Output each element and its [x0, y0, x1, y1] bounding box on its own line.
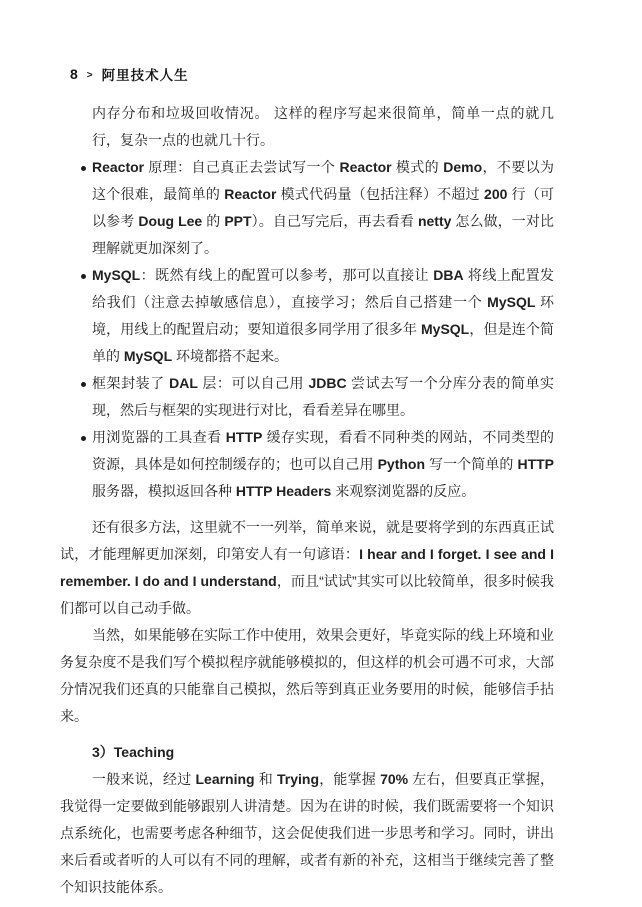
page-body: 内存分布和垃圾回收情况。 这样的程序写起来很简单，简单一点的就几行，复杂一点的也… [60, 100, 554, 901]
emphasized-text-run: Doug Lee [138, 213, 202, 229]
emphasized-text-run: netty [418, 213, 451, 229]
text-run: ：既然有线上的配置可以参考，那可以直接让 [140, 267, 433, 283]
text-run: 的 [202, 213, 224, 229]
text-run: 服务器，模拟返回各种 [92, 483, 236, 499]
text-run: 用浏览器的工具查看 [92, 429, 226, 445]
text-run: 左右，但要真正掌握，我觉得一定要做到能够跟别人讲清楚。因为在讲的时候，我们既需要… [60, 771, 554, 895]
emphasized-text-run: MySQL [487, 294, 535, 310]
text-run: 框架封装了 [92, 375, 169, 391]
emphasized-text-run: Reactor [224, 186, 276, 202]
emphasized-text-run: 70% [380, 771, 408, 787]
bullet-item-dal: 框架封装了 DAL 层：可以自己用 JDBC 尝试去写一个分库分表的简单实现，然… [60, 370, 554, 424]
emphasized-text-run: 200 [484, 186, 507, 202]
emphasized-text-run: HTTP [517, 456, 554, 472]
emphasized-text-run: Trying [277, 771, 319, 787]
emphasized-text-run: MySQL [124, 348, 172, 364]
chevron-right-icon: > [87, 70, 93, 81]
emphasized-text-run: Learning [195, 771, 254, 787]
emphasized-text-run: DAL [169, 375, 198, 391]
emphasized-text-run: Reactor [339, 159, 391, 175]
text-run: 内存分布和垃圾回收情况。 这样的程序写起来很简单，简单一点的就几行，复杂一点的也… [92, 105, 554, 148]
paragraph-real-work: 当然，如果能够在实际工作中使用，效果会更好，毕竟实际的线上环境和业务复杂度不是我… [60, 622, 554, 730]
emphasized-text-run: DBA [433, 267, 463, 283]
emphasized-text-run: Reactor [92, 159, 144, 175]
bullet-icon [81, 274, 86, 279]
section-heading-teaching: 3）Teaching [92, 739, 554, 766]
text-run: 一般来说，经过 [92, 771, 195, 787]
text-run: 模式的 [392, 159, 444, 175]
emphasized-text-run: PPT [224, 213, 251, 229]
bullet-icon [81, 436, 86, 441]
text-run: 模式代码量（包括注释）不超过 [276, 186, 484, 202]
document-page: 8 > 阿里技术人生 内存分布和垃圾回收情况。 这样的程序写起来很简单，简单一点… [0, 0, 642, 907]
continuation-paragraph: 内存分布和垃圾回收情况。 这样的程序写起来很简单，简单一点的就几行，复杂一点的也… [92, 100, 554, 154]
bullet-item-reactor: Reactor 原理：自己真正去尝试写一个 Reactor 模式的 Demo，不… [60, 154, 554, 262]
text-run: 层：可以自己用 [198, 375, 309, 391]
text-run: 来观察浏览器的反应。 [331, 483, 475, 499]
page-header: 8 > 阿里技术人生 [70, 64, 189, 84]
text-run: 环境都搭不起来。 [172, 348, 288, 364]
book-title: 阿里技术人生 [102, 64, 189, 84]
emphasized-text-run: HTTP Headers [236, 483, 331, 499]
emphasized-text-run: 3）Teaching [92, 744, 174, 760]
emphasized-text-run: Python [378, 456, 425, 472]
text-run: ，能掌握 [319, 771, 380, 787]
text-run: ）。自己写完后，再去看看 [252, 213, 418, 229]
emphasized-text-run: MySQL [92, 267, 140, 283]
bullet-icon [81, 382, 86, 387]
text-run: 原理：自己真正去尝试写一个 [144, 159, 339, 175]
text-run: 写一个简单的 [425, 456, 517, 472]
emphasized-text-run: HTTP [226, 429, 263, 445]
emphasized-text-run: JDBC [309, 375, 347, 391]
paragraph-more-methods: 还有很多方法，这里就不一一列举，简单来说，就是要将学到的东西真正试 试，才能理解… [60, 514, 554, 622]
paragraph-teaching-detail: 一般来说，经过 Learning 和 Trying，能掌握 70% 左右，但要真… [60, 766, 554, 901]
text-run: 当然，如果能够在实际工作中使用，效果会更好，毕竟实际的线上环境和业务复杂度不是我… [60, 627, 554, 724]
emphasized-text-run: MySQL [421, 321, 469, 337]
bullet-icon [81, 166, 86, 171]
page-number: 8 [70, 66, 78, 82]
bullet-item-http: 用浏览器的工具查看 HTTP 缓存实现，看看不同种类的网站，不同类型的资源，具体… [60, 424, 554, 505]
text-run: 和 [255, 771, 277, 787]
emphasized-text-run: Demo [443, 159, 482, 175]
bullet-item-mysql: MySQL：既然有线上的配置可以参考，那可以直接让 DBA 将线上配置发给我们（… [60, 262, 554, 370]
